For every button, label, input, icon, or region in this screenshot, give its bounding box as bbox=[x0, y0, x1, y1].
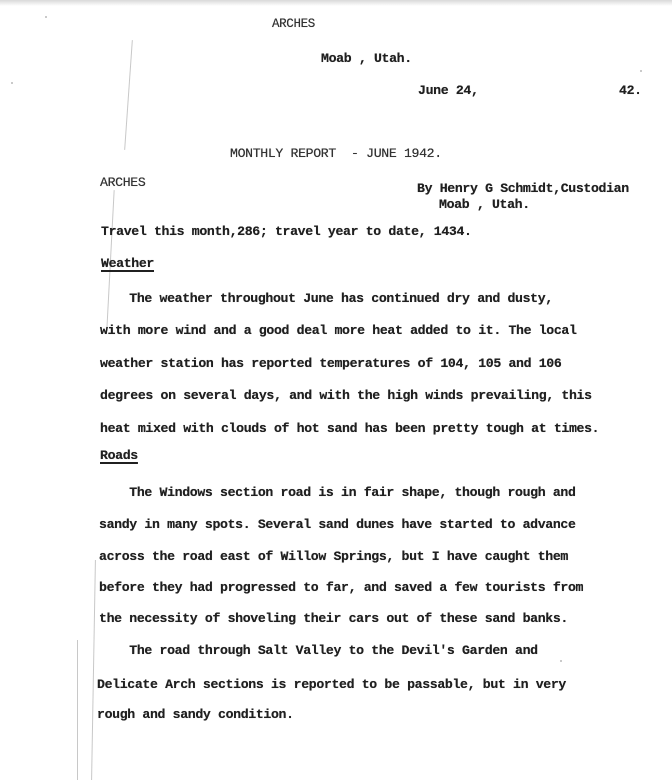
header-date: June 24, bbox=[418, 83, 479, 99]
travel-summary: Travel this month,286; travel year to da… bbox=[101, 224, 472, 240]
weather-line: degrees on several days, and with the hi… bbox=[100, 388, 592, 404]
author-location: Moab , Utah. bbox=[439, 197, 530, 213]
roads-line: rough and sandy condition. bbox=[97, 707, 294, 723]
weather-line: weather station has reported temperature… bbox=[100, 356, 561, 372]
scan-speck bbox=[640, 70, 642, 72]
roads-line: sandy in many spots. Several sand dunes … bbox=[99, 517, 576, 533]
header-year: 42. bbox=[619, 83, 642, 99]
scan-artifact bbox=[77, 640, 78, 780]
author-byline: By Henry G Schmidt,Custodian bbox=[417, 181, 629, 197]
section-label: ARCHES bbox=[100, 175, 145, 191]
roads-line: The road through Salt Valley to the Devi… bbox=[99, 643, 538, 659]
scan-speck bbox=[560, 660, 562, 662]
scan-speck bbox=[11, 82, 13, 84]
scan-artifact bbox=[91, 560, 96, 780]
scan-speck bbox=[45, 16, 47, 18]
weather-line: The weather throughout June has continue… bbox=[99, 291, 553, 307]
weather-heading: Weather bbox=[101, 256, 154, 272]
scan-artifact bbox=[124, 40, 133, 150]
weather-line: with more wind and a good deal more heat… bbox=[100, 323, 577, 339]
roads-heading: Roads bbox=[100, 448, 138, 464]
roads-line: The Windows section road is in fair shap… bbox=[99, 485, 576, 501]
roads-line: across the road east of Willow Springs, … bbox=[99, 549, 568, 565]
roads-line: before they had progressed to far, and s… bbox=[99, 580, 583, 596]
header-location: Moab , Utah. bbox=[321, 51, 412, 67]
report-title: MONTHLY REPORT - JUNE 1942. bbox=[230, 146, 442, 162]
weather-line: heat mixed with clouds of hot sand has b… bbox=[100, 421, 599, 437]
header-park-label: ARCHES bbox=[272, 16, 315, 32]
scanned-report-page: ARCHES Moab , Utah. June 24, 42. MONTHLY… bbox=[0, 0, 672, 781]
roads-line: the necessity of shoveling their cars ou… bbox=[99, 611, 568, 627]
roads-line: Delicate Arch sections is reported to be… bbox=[97, 677, 566, 693]
